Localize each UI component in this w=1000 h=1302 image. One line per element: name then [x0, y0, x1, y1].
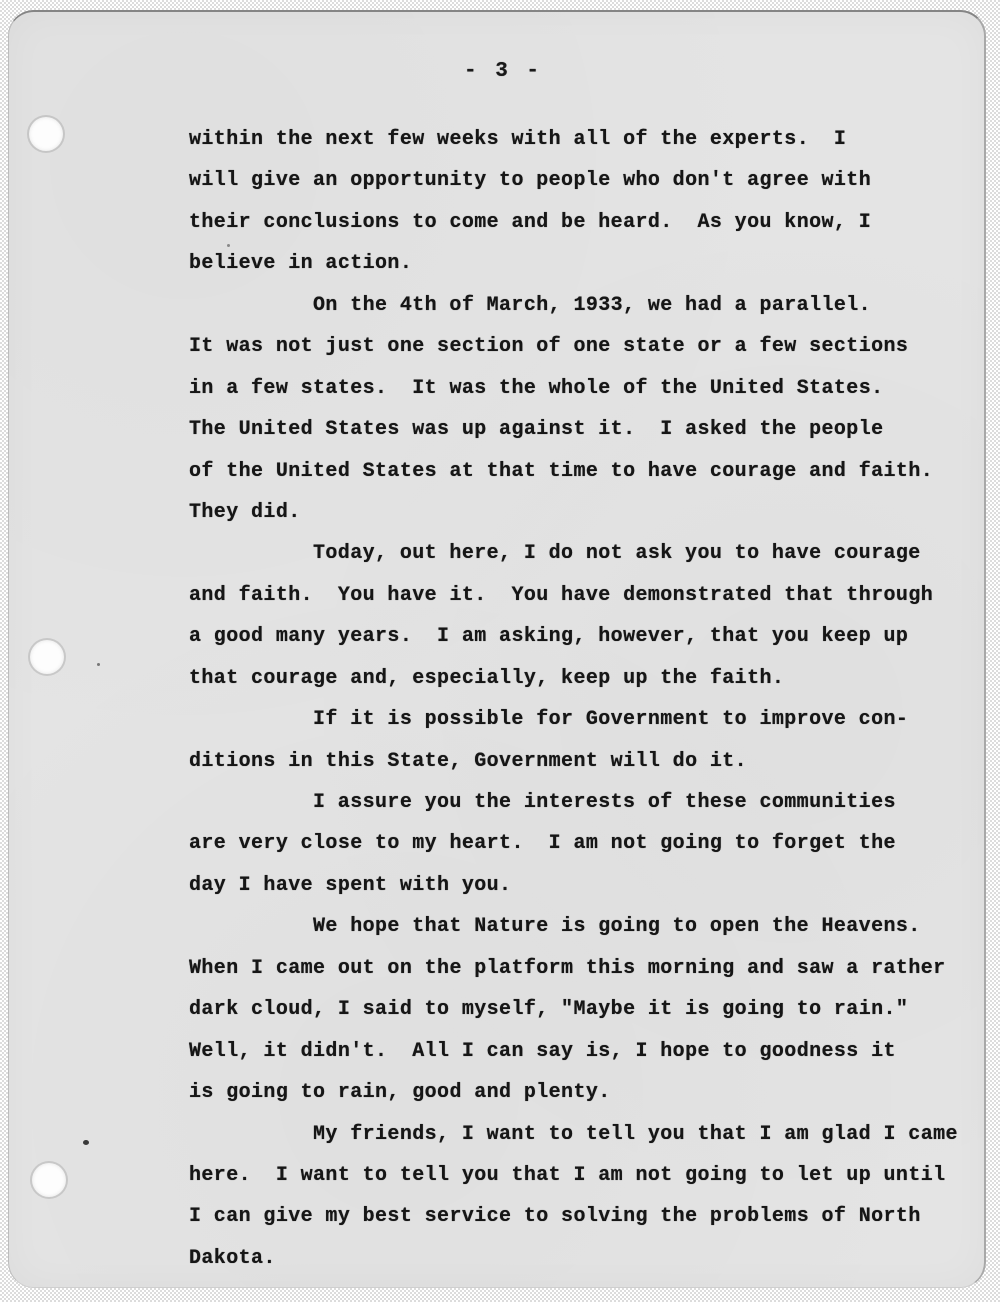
paper-speck	[97, 663, 100, 666]
text-line: They did.	[189, 492, 981, 533]
text-line: The United States was up against it. I a…	[189, 409, 981, 450]
hole-punch-top	[29, 117, 63, 151]
text-line: If it is possible for Government to impr…	[189, 699, 981, 740]
page-number: - 3 -	[428, 60, 578, 83]
text-line: will give an opportunity to people who d…	[189, 160, 981, 201]
text-line: day I have spent with you.	[189, 865, 981, 906]
text-line: believe in action.	[189, 243, 981, 284]
hole-punch-middle	[30, 640, 64, 674]
text-line: Dakota.	[189, 1238, 981, 1279]
hole-punch-bottom	[32, 1163, 66, 1197]
text-line: dark cloud, I said to myself, "Maybe it …	[189, 989, 981, 1030]
text-line: here. I want to tell you that I am not g…	[189, 1155, 981, 1196]
text-line: Well, it didn't. All I can say is, I hop…	[189, 1031, 981, 1072]
text-line: in a few states. It was the whole of the…	[189, 368, 981, 409]
text-line: Today, out here, I do not ask you to hav…	[189, 533, 981, 574]
text-line: a good many years. I am asking, however,…	[189, 616, 981, 657]
text-line: It was not just one section of one state…	[189, 326, 981, 367]
text-line: I can give my best service to solving th…	[189, 1196, 981, 1237]
text-line: of the United States at that time to hav…	[189, 451, 981, 492]
text-line: I assure you the interests of these comm…	[189, 782, 981, 823]
text-line: We hope that Nature is going to open the…	[189, 906, 981, 947]
document-body: within the next few weeks with all of th…	[189, 119, 981, 1279]
text-line: My friends, I want to tell you that I am…	[189, 1114, 981, 1155]
text-line: On the 4th of March, 1933, we had a para…	[189, 285, 981, 326]
text-line: When I came out on the platform this mor…	[189, 948, 981, 989]
text-line: are very close to my heart. I am not goi…	[189, 823, 981, 864]
text-line: their conclusions to come and be heard. …	[189, 202, 981, 243]
text-line: and faith. You have it. You have demonst…	[189, 575, 981, 616]
text-line: within the next few weeks with all of th…	[189, 119, 981, 160]
text-line: that courage and, especially, keep up th…	[189, 658, 981, 699]
paper-speck	[83, 1140, 89, 1145]
document-page: - 3 - within the next few weeks with all…	[8, 10, 986, 1288]
text-line: ditions in this State, Government will d…	[189, 741, 981, 782]
text-line: is going to rain, good and plenty.	[189, 1072, 981, 1113]
